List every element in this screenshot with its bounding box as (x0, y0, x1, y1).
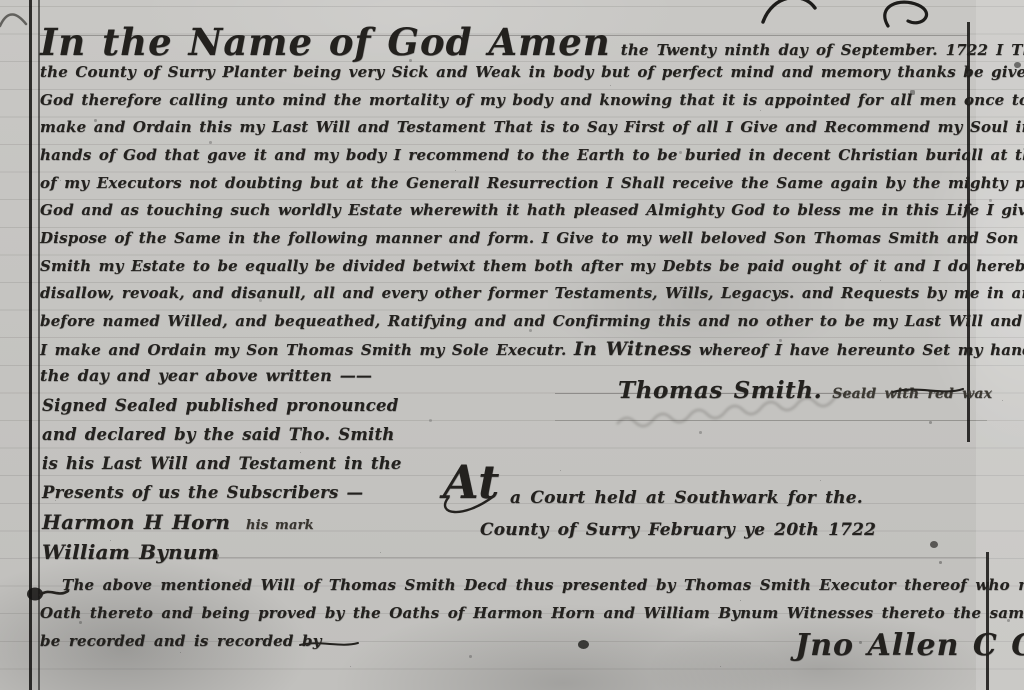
opening-line: In the Name of God Amen the Twenty ninth… (40, 20, 1024, 64)
will-body-line: Smith my Estate to be equally be divided… (40, 257, 1024, 275)
witness-name: Harmon H Horn (42, 510, 230, 534)
ink-blot (578, 640, 589, 649)
will-body-line: hands of God that gave it and my body I … (40, 146, 1024, 164)
will-body-line: make and Ordain this my Last Will and Te… (40, 118, 1024, 136)
probate-trailing-stroke-icon (300, 638, 360, 650)
probate-line: Oath thereto and being proved by the Oat… (40, 604, 1024, 622)
opening-date-clause: the Twenty ninth day of September. 1722 … (621, 41, 1024, 59)
ink-blot (213, 553, 219, 558)
manuscript-page: In the Name of God Amen the Twenty ninth… (0, 0, 1024, 690)
witness-clause-pre: I make and Ordain my Son Thomas Smith my… (40, 341, 574, 359)
paper-speckles (0, 0, 1, 1)
will-body-line: the County of Surry Planter being very S… (40, 63, 1024, 81)
will-body-line: God and as touching such worldly Estate … (40, 201, 1024, 219)
will-body-line: before named Willed, and bequeathed, Rat… (40, 312, 1024, 330)
will-body-line: Dispose of the Same in the following man… (40, 229, 1024, 247)
attestation-line: Presents of us the Subscribers — (42, 483, 363, 502)
witness-clause-post: whereof I have hereunto Set my hand & Se… (691, 341, 1024, 359)
ink-blot (1014, 62, 1021, 68)
opening-invocation: In the Name of God Amen (40, 20, 611, 64)
will-body-line: God therefore calling unto mind the mort… (40, 91, 1024, 109)
witness-mark-note: his mark (246, 518, 314, 533)
probate-line: be recorded and is recorded by (40, 632, 322, 650)
bleed-through-writing (615, 408, 885, 432)
witness-clause-line: I make and Ordain my Son Thomas Smith my… (40, 338, 1024, 360)
ink-blot (930, 541, 938, 548)
will-body-line: of my Executors not doubting but at the … (40, 174, 1024, 192)
top-left-pen-mark-icon (0, 6, 30, 32)
court-heading-line2: County of Surry February ye 20th 1722 (480, 520, 876, 540)
will-body-line: disallow, revoak, and disanull, all and … (40, 284, 1024, 302)
witness-signature: Harmon H Horn his mark (42, 510, 314, 534)
clerk-signature: Jno Allen C Cur (795, 628, 1024, 663)
probate-line: The above mentioned Will of Thomas Smith… (62, 576, 1024, 594)
court-swash-flourish-icon (432, 492, 502, 518)
witness-clause-emphasis: In Witness (574, 338, 692, 360)
court-heading-line1: a Court held at Southwark for the. (510, 488, 863, 508)
witness-signature: William Bynum (42, 540, 219, 564)
attestation-line: is his Last Will and Testament in the (42, 454, 402, 473)
witness-name: William Bynum (42, 540, 219, 564)
attestation-line: Signed Sealed published pronounced (42, 396, 398, 415)
testator-signature-name: Thomas Smith. (618, 377, 822, 404)
closing-line: the day and year above written —— (40, 366, 372, 385)
attestation-line: and declared by the said Tho. Smith (42, 425, 394, 444)
signature-tail-stroke-icon (893, 383, 965, 399)
